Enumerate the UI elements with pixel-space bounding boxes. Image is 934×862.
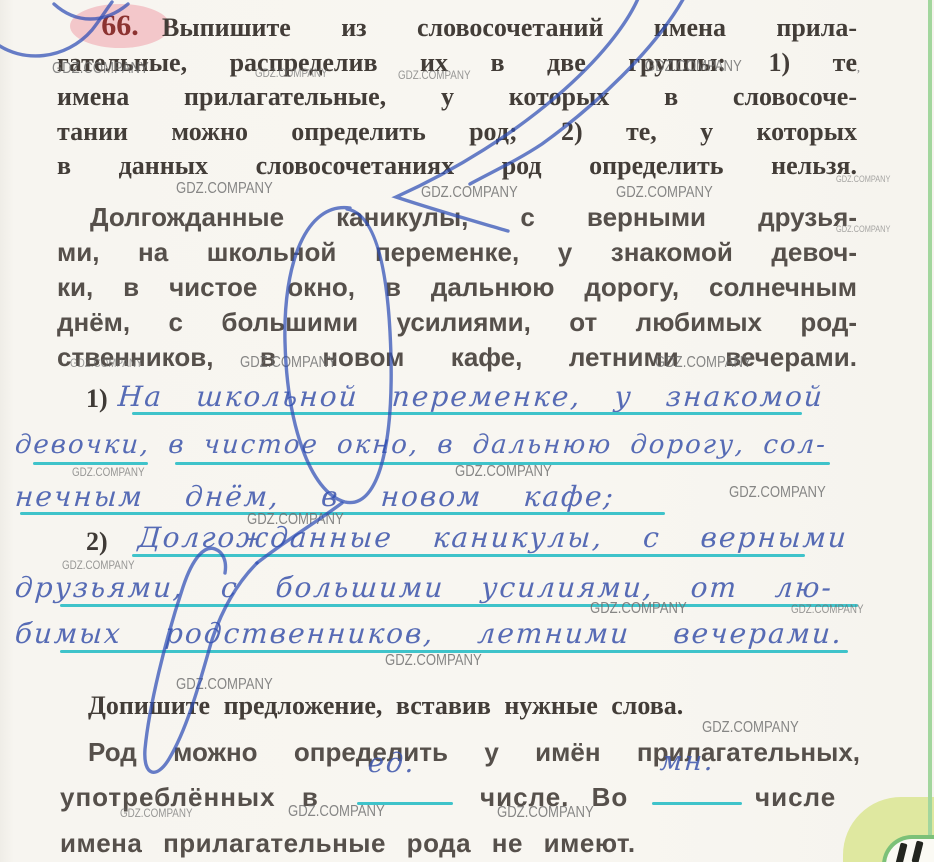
completion-sentence-line3: имена прилагательные рода не имеют. (60, 826, 636, 860)
task-line: в данных словосочетаниях род определить … (57, 149, 857, 183)
handwritten-answer: На школьной переменке, у знакомой (117, 380, 825, 413)
watermark: GDZ.COMPANY (729, 484, 826, 502)
watermark: GDZ.COMPANY (255, 66, 328, 80)
task-line: тании можно определить род; 2) те, у кот… (57, 115, 857, 149)
watermark: GDZ.COMPANY (70, 356, 143, 370)
workbook-page: 66. Выпишите из словосочетаний имена при… (0, 0, 934, 862)
watermark: GDZ.COMPANY (702, 719, 799, 737)
watermark: GDZ.COMPANY (455, 463, 552, 481)
watermark: GDZ.COMPANY (385, 652, 482, 670)
watermark: GDZ.COMPANY (398, 68, 471, 82)
exercise-number: 66. (101, 9, 139, 43)
watermark: GDZ.COMPANY (120, 806, 193, 820)
word-list-line: днём, с большими усилиями, от любимых ро… (57, 305, 857, 339)
group2-label: 2) (86, 527, 108, 557)
watermark: GDZ.COMPANY (240, 354, 337, 372)
page-edge-line (928, 0, 932, 862)
watermark: GDZ.COMPANY (176, 180, 273, 198)
exercise-number-badge: 66. (70, 4, 170, 48)
watermark: GDZ.COMPANY (836, 224, 890, 234)
watermark: GDZ.COMPANY (288, 803, 385, 821)
word-list-line: ки, в чистое окно, в дальнюю дорогу, сол… (57, 270, 857, 304)
scan-speck: ’ (856, 68, 861, 84)
watermark: GDZ.COMPANY (497, 804, 594, 822)
answer-ruled-line (132, 412, 802, 415)
watermark: GDZ.COMPANY (616, 184, 713, 202)
blank2-ruled-line (652, 802, 742, 805)
watermark: GDZ.COMPANY (52, 60, 149, 78)
handwritten-answer: девочки, в чистое окно, в дальнюю дорогу… (14, 430, 828, 460)
handwritten-answer: нечным днём, в новом кафе; (14, 480, 616, 513)
completion-instruction: Допишите предложение, вставив нужные сло… (88, 689, 683, 723)
handwritten-answer: Долгожданные каникулы, с верными (137, 521, 849, 554)
task-line: имена прилагательные, у которых в словос… (57, 80, 857, 114)
watermark: GDZ.COMPANY (62, 558, 135, 572)
task-line: Выпишите из словосочетаний имена прила- (162, 11, 857, 45)
watermark: GDZ.COMPANY (72, 465, 145, 479)
word-list-line: ми, на школьной переменке, у знакомой де… (57, 235, 857, 269)
watermark: GDZ.COMPANY (836, 174, 890, 184)
handwritten-answer: друзьями, с большими усилиями, от лю- (14, 571, 834, 604)
watermark: GDZ.COMPANY (791, 602, 864, 616)
word-list-line: Долгожданные каникулы, с верными друзья- (90, 200, 857, 234)
group1-label: 1) (86, 384, 108, 414)
completion-sentence-line1: Род можно определить у имён прилагательн… (88, 735, 860, 769)
watermark: GDZ.COMPANY (590, 600, 687, 618)
watermark: GDZ.COMPANY (645, 58, 742, 76)
handwritten-blank2: мн. (659, 746, 716, 777)
answer-ruled-line (60, 604, 858, 607)
handwritten-blank1: ед. (367, 748, 417, 779)
watermark: GDZ.COMPANY (421, 184, 518, 202)
completion-line2-post: числе (755, 780, 836, 814)
answer-ruled-line (132, 554, 805, 557)
watermark: GDZ.COMPANY (176, 676, 273, 694)
watermark: GDZ.COMPANY (247, 511, 344, 529)
watermark: GDZ.COMPANY (655, 354, 752, 372)
handwritten-answer: бимых родственников, летними вечерами. (14, 617, 844, 650)
